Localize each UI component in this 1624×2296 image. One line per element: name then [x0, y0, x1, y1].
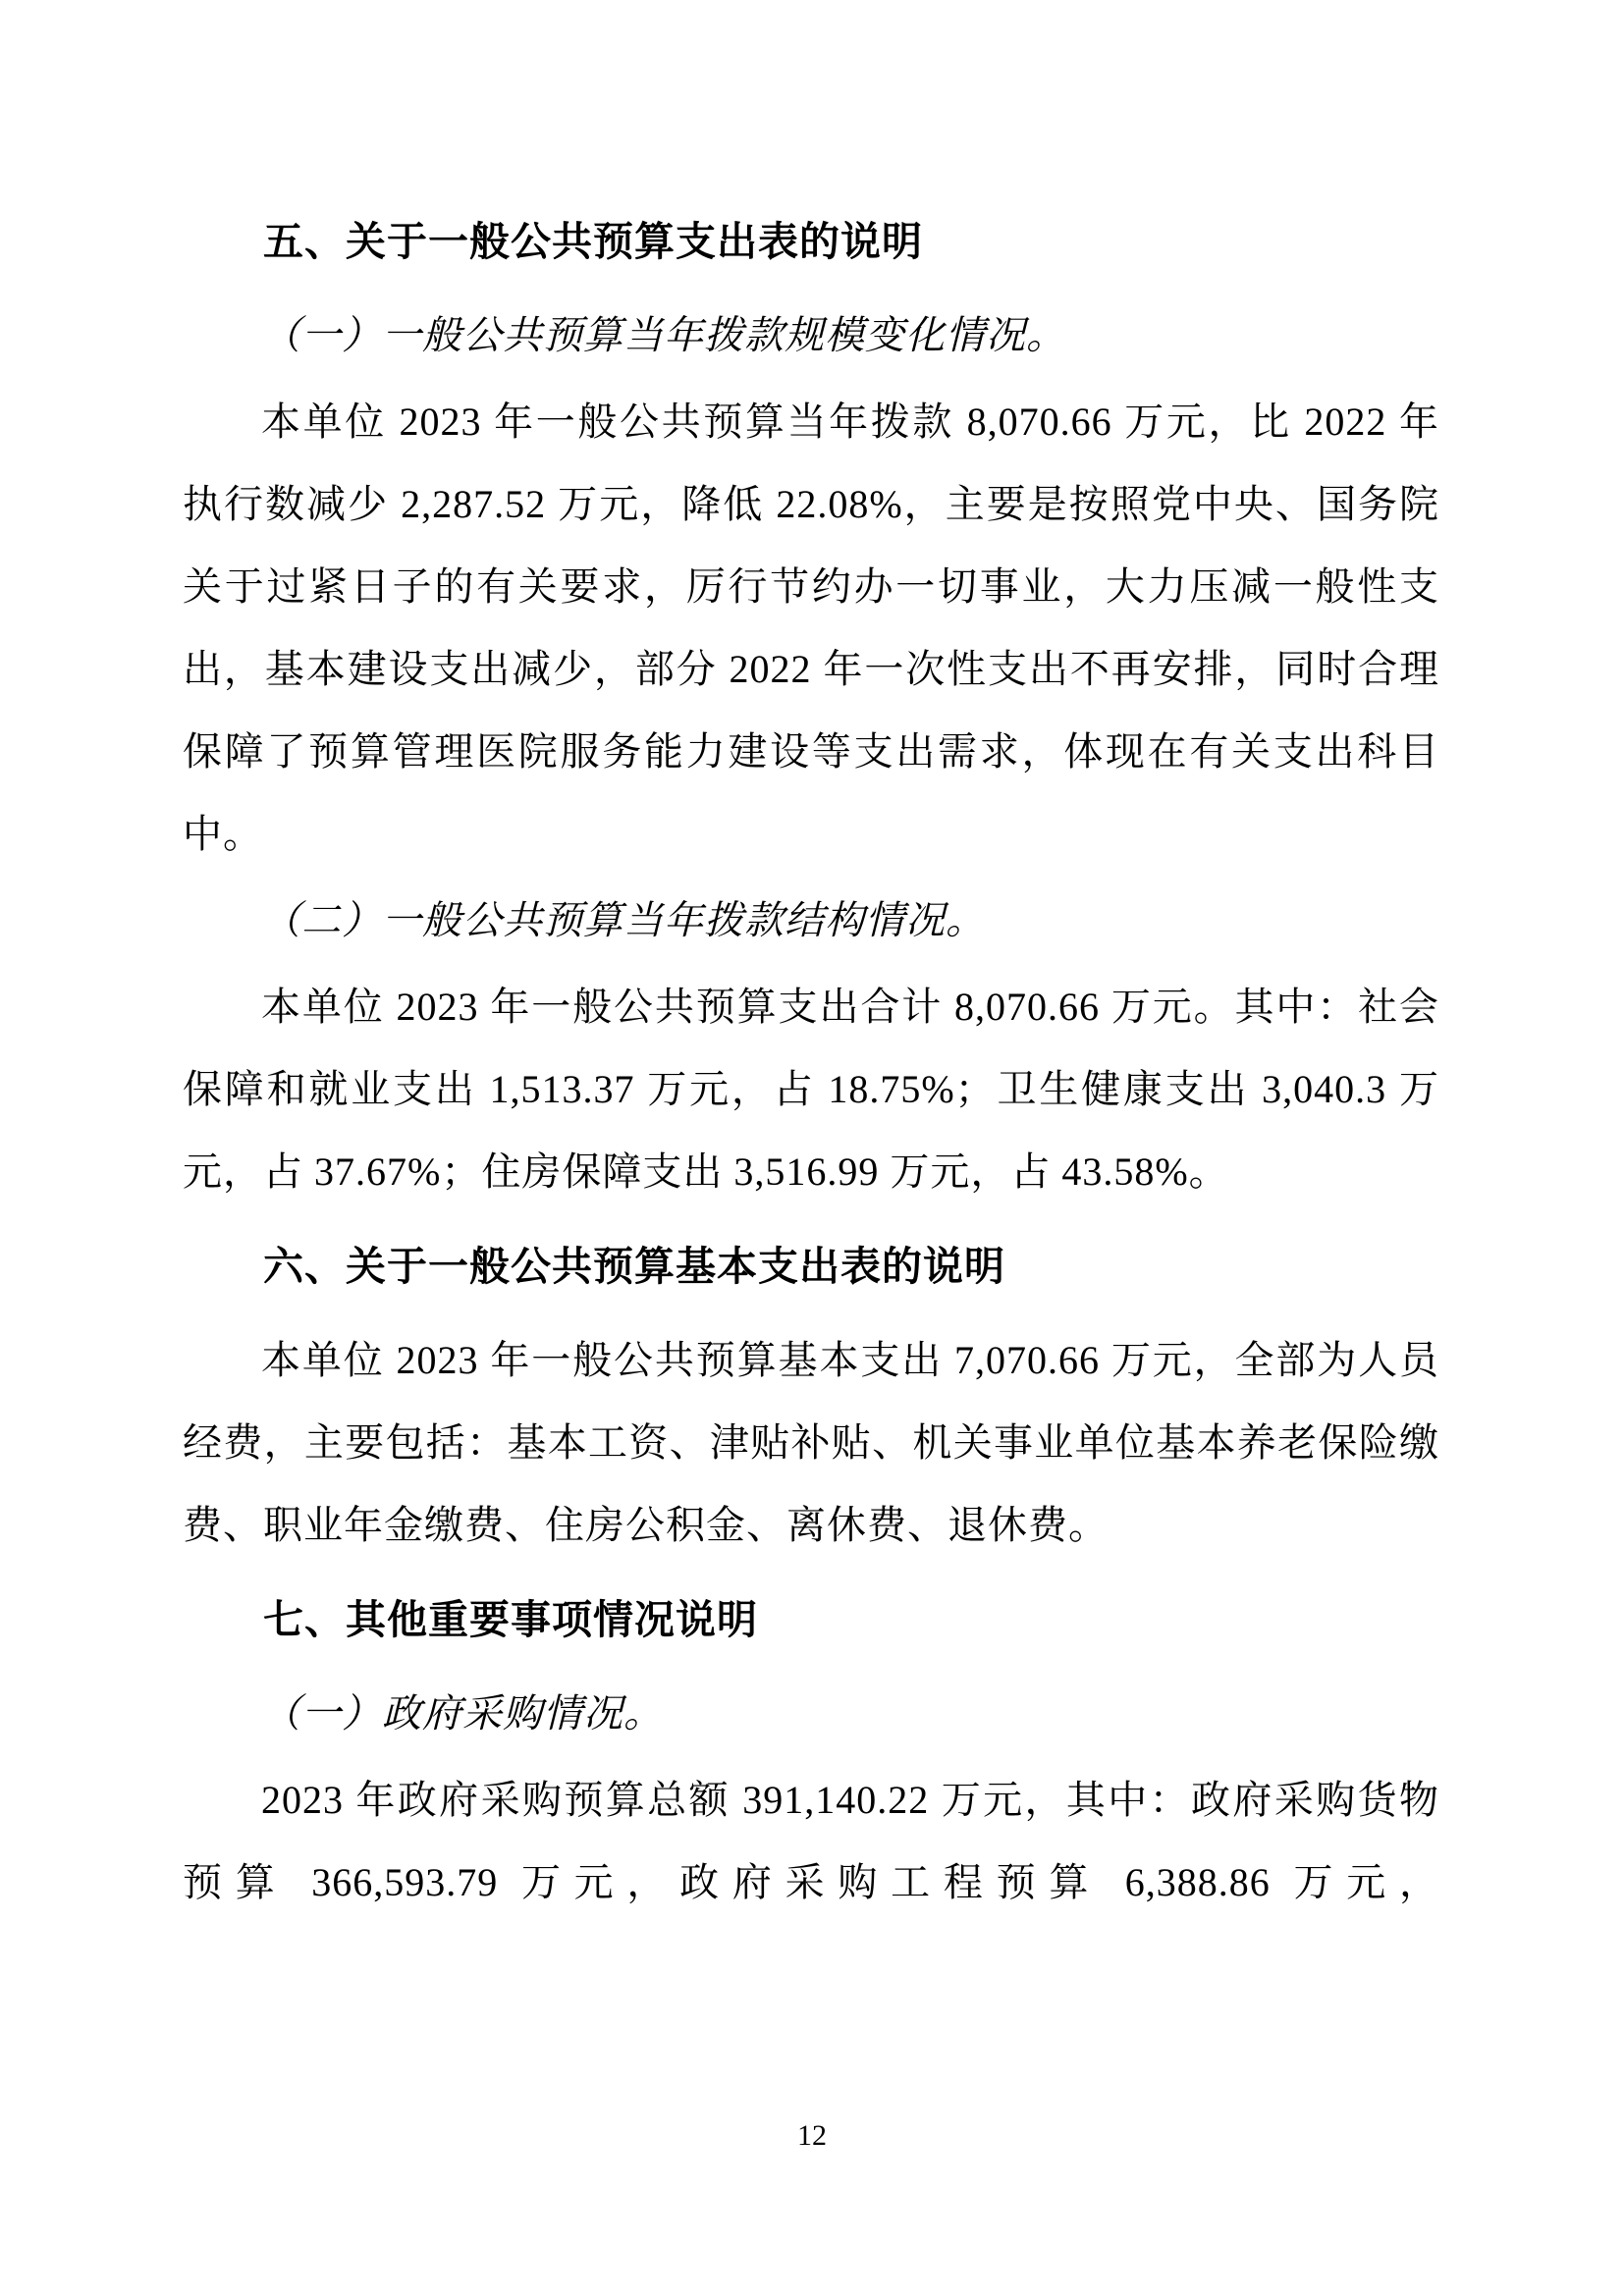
subsection-heading-5-1: （一）一般公共预算当年拨款规模变化情况。: [183, 294, 1439, 377]
section-heading-6: 六、关于一般公共预算基本支出表的说明: [183, 1225, 1439, 1308]
page-number: 12: [0, 2118, 1624, 2154]
subsection-heading-5-2: （二）一般公共预算当年拨款结构情况。: [183, 880, 1439, 962]
body-paragraph-appropriation-structure: 本单位 2023 年一般公共预算支出合计 8,070.66 万元。其中：社会保障…: [183, 966, 1439, 1213]
body-paragraph-appropriation-scale: 本单位 2023 年一般公共预算当年拨款 8,070.66 万元，比 2022 …: [183, 381, 1439, 876]
body-paragraph-government-procurement: 2023 年政府采购预算总额 391,140.22 万元，其中：政府采购货物预算…: [183, 1759, 1439, 1924]
section-heading-5: 五、关于一般公共预算支出表的说明: [183, 200, 1439, 283]
document-body: 五、关于一般公共预算支出表的说明 （一）一般公共预算当年拨款规模变化情况。 本单…: [183, 188, 1439, 1924]
subsection-heading-7-1: （一）政府采购情况。: [183, 1673, 1439, 1755]
document-page: 五、关于一般公共预算支出表的说明 （一）一般公共预算当年拨款规模变化情况。 本单…: [0, 0, 1624, 2296]
body-paragraph-basic-expenditure: 本单位 2023 年一般公共预算基本支出 7,070.66 万元，全部为人员经费…: [183, 1319, 1439, 1567]
section-heading-7: 七、其他重要事项情况说明: [183, 1578, 1439, 1661]
